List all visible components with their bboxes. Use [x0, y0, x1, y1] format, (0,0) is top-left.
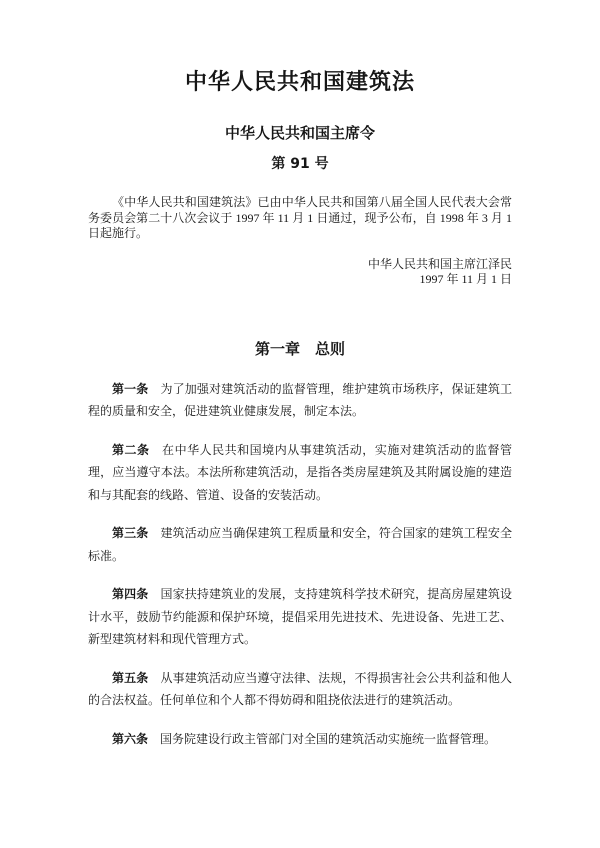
signature-signer: 中华人民共和国主席江泽民 [88, 257, 512, 273]
article-text: 从事建筑活动应当遵守法律、法规，不得损害社会公共利益和他人的合法权益。任何单位和… [88, 671, 512, 708]
article-text: 在中华人民共和国境内从事建筑活动，实施对建筑活动的监督管理，应当遵守本法。本法所… [88, 443, 512, 502]
law-title: 中华人民共和国建筑法 [88, 70, 512, 96]
article-text: 为了加强对建筑活动的监督管理，维护建筑市场秩序，保证建筑工程的质量和安全，促进建… [88, 382, 512, 419]
articles-section: 第一条 为了加强对建筑活动的监督管理，维护建筑市场秩序，保证建筑工程的质量和安全… [88, 378, 512, 751]
article-label: 第五条 [112, 671, 148, 685]
article-label: 第四条 [112, 587, 148, 601]
article-text: 建筑活动应当确保建筑工程质量和安全，符合国家的建筑工程安全标准。 [88, 526, 512, 563]
signature-block: 中华人民共和国主席江泽民 1997 年 11 月 1 日 [88, 257, 512, 288]
article-paragraph: 第五条 从事建筑活动应当遵守法律、法规，不得损害社会公共利益和他人的合法权益。任… [88, 667, 512, 712]
article-label: 第一条 [112, 382, 148, 396]
article-paragraph: 第一条 为了加强对建筑活动的监督管理，维护建筑市场秩序，保证建筑工程的质量和安全… [88, 378, 512, 423]
article-paragraph: 第三条 建筑活动应当确保建筑工程质量和安全，符合国家的建筑工程安全标准。 [88, 522, 512, 567]
article-label: 第三条 [112, 526, 148, 540]
decree-number: 第 91 号 [88, 156, 512, 173]
document-page: 中华人民共和国建筑法 中华人民共和国主席令 第 91 号 《中华人民共和国建筑法… [0, 0, 600, 848]
article-paragraph: 第四条 国家扶持建筑业的发展，支持建筑科学技术研究，提高房屋建筑设计水平，鼓励节… [88, 583, 512, 651]
decree-issuer-heading: 中华人民共和国主席令 [88, 124, 512, 142]
article-label: 第二条 [112, 443, 150, 457]
article-text: 国家扶持建筑业的发展，支持建筑科学技术研究，提高房屋建筑设计水平，鼓励节约能源和… [88, 587, 512, 646]
article-label: 第六条 [112, 732, 148, 746]
promulgation-paragraph: 《中华人民共和国建筑法》已由中华人民共和国第八届全国人民代表大会常务委员会第二十… [88, 195, 512, 242]
article-text: 国务院建设行政主管部门对全国的建筑活动实施统一监督管理。 [148, 732, 496, 746]
signature-date: 1997 年 11 月 1 日 [88, 272, 512, 288]
article-paragraph: 第二条 在中华人民共和国境内从事建筑活动，实施对建筑活动的监督管理，应当遵守本法… [88, 439, 512, 507]
chapter-heading: 第一章 总则 [88, 341, 512, 359]
article-paragraph: 第六条 国务院建设行政主管部门对全国的建筑活动实施统一监督管理。 [88, 728, 512, 751]
